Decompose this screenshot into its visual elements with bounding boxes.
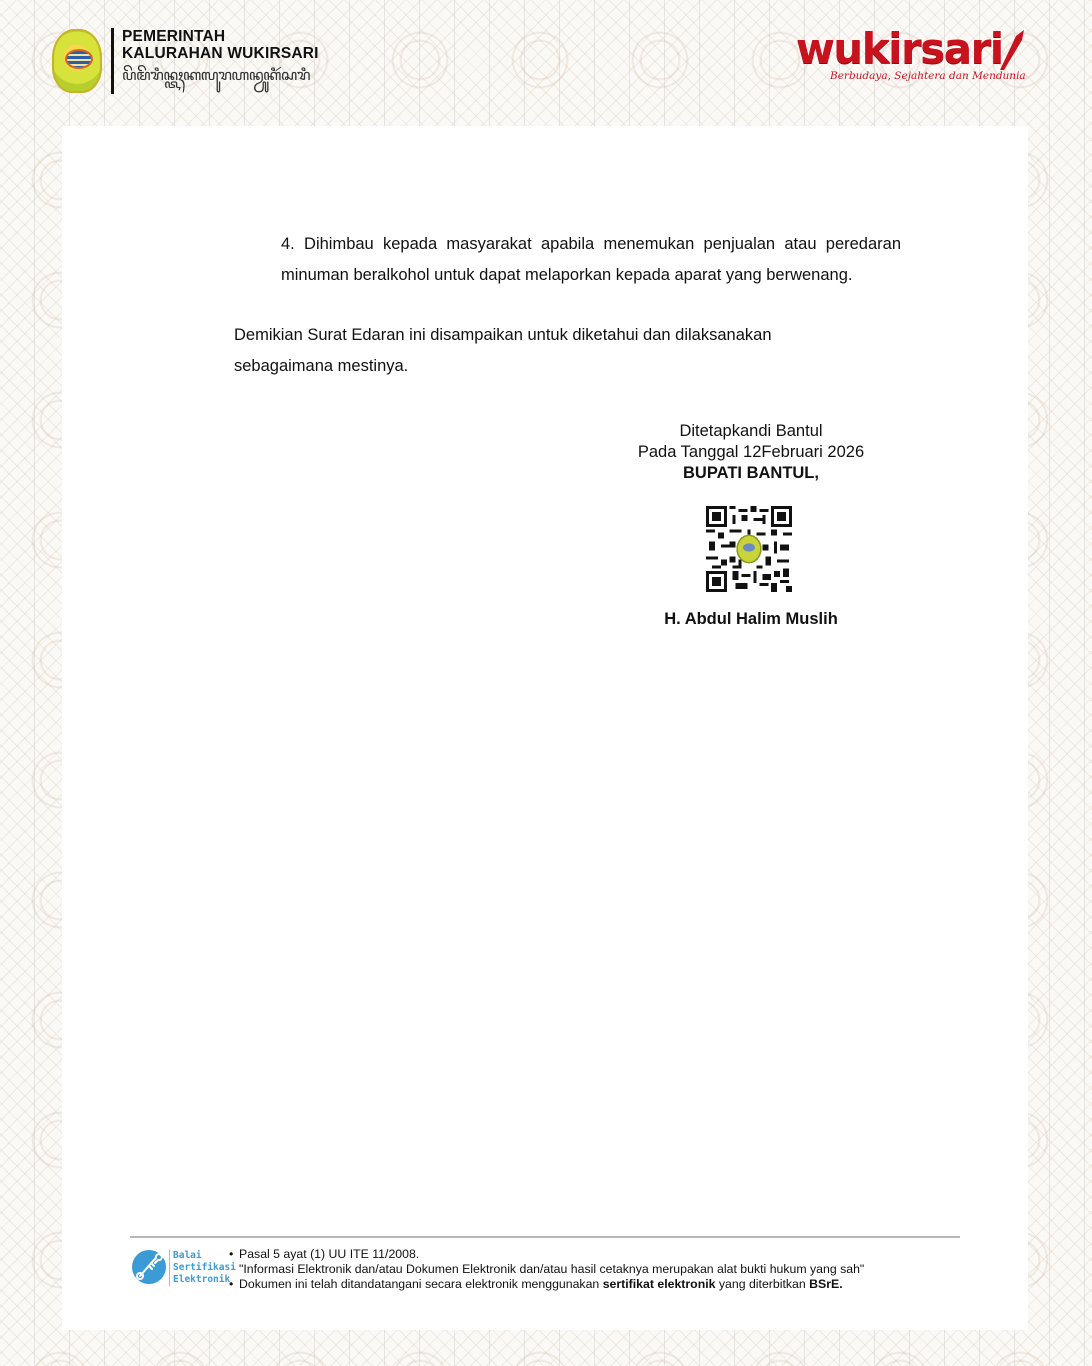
bsre-line-2: Sertifikasi [173,1262,236,1274]
brand-arrow-icon [996,28,1026,72]
legal-notice: • Pasal 5 ayat (1) UU ITE 11/2008. "Info… [229,1247,864,1292]
institution-line-1: PEMERINTAH [122,28,319,45]
bullet-icon: • [229,1247,239,1262]
legal-line-3-mid: yang diterbitkan [715,1277,809,1291]
closing-line-2: sebagaimana mestinya. [234,351,914,382]
institution-line-2: KALURAHAN WUKIRSARI [122,45,319,62]
footer-divider [130,1236,960,1238]
kalurahan-emblem-icon [52,29,102,93]
institution-name-block: PEMERINTAH KALURAHAN WUKIRSARI ꦥꦼꦩꦼꦫꦶꦤ꧀ꦠ… [122,28,319,94]
bsre-key-icon [131,1249,167,1285]
signatory-title: BUPATI BANTUL, [600,463,902,484]
institution-header: PEMERINTAH KALURAHAN WUKIRSARI ꦥꦼꦩꦼꦫꦶꦤ꧀ꦠ… [52,28,319,94]
bsre-divider [169,1250,170,1286]
legal-line-1: Pasal 5 ayat (1) UU ITE 11/2008. [239,1247,419,1262]
document-page [62,126,1028,1330]
qr-code-icon [706,506,792,592]
signatory-name: H. Abdul Halim Muslih [600,610,902,629]
closing-paragraph: Demikian Surat Edaran ini disampaikan un… [234,320,914,381]
legal-line-2: "Informasi Elektronik dan/atau Dokumen E… [229,1262,864,1277]
legal-line-3-prefix: Dokumen ini telah ditandatangani secara … [239,1277,603,1291]
bsre-logo-text: Balai Sertifikasi Elektronik [173,1250,236,1286]
signature-block: Ditetapkandi Bantul Pada Tanggal 12Febru… [600,421,902,484]
legal-line-3: Dokumen ini telah ditandatangani secara … [239,1277,843,1292]
bsre-line-3: Elektronik [173,1274,236,1286]
legal-line-3-bsre: BSrE. [809,1277,843,1291]
legal-item-2: • Dokumen ini telah ditandatangani secar… [229,1277,864,1292]
institution-javanese-script: ꦥꦼꦩꦼꦫꦶꦤ꧀ꦠꦃꦏꦭꦸꦫꦲꦤ꧀ꦮꦸꦏꦶꦂꦱꦫꦶ [122,63,319,94]
closing-line-1: Demikian Surat Edaran ini disampaikan un… [234,320,914,351]
legal-item-1: • Pasal 5 ayat (1) UU ITE 11/2008. [229,1247,864,1262]
wukirsari-brand-logo: wukirsari Berbudaya, Sejahtera dan Mendu… [796,26,1036,82]
bsre-line-1: Balai [173,1250,236,1262]
bullet-icon: • [229,1277,239,1292]
signature-place: Ditetapkandi Bantul [600,421,902,442]
legal-line-3-certificate: sertifikat elektronik [603,1277,716,1291]
list-item-4: 4. Dihimbau kepada masyarakat apabila me… [281,229,901,290]
signature-date: Pada Tanggal 12Februari 2026 [600,442,902,463]
header-divider [111,28,114,94]
